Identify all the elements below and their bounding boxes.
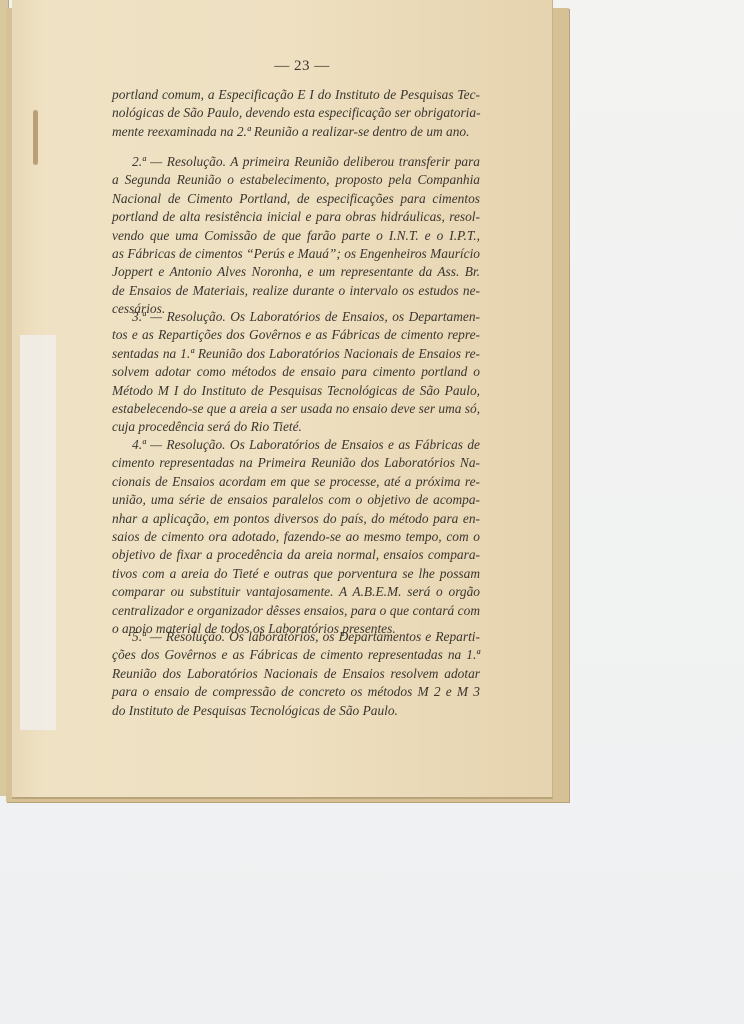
- text-line: comparar ou substituir vantajosamente. A…: [112, 583, 480, 601]
- page-number: — 23 —: [262, 58, 342, 75]
- document-page: — 23 — portland comum, a Especificação E…: [12, 0, 553, 799]
- text-line: 5.ª — Resolução. Os laboratórios, os Dep…: [112, 628, 480, 646]
- text-line: a Segunda Reunião o estabelecimento, pro…: [112, 171, 480, 189]
- text-line: para o ensaio de compressão de concreto …: [112, 683, 480, 701]
- paragraph-resolucao-2: 2.ª — Resolução. A primeira Reunião deli…: [112, 153, 480, 319]
- text-line: 4.ª — Resolução. Os Laboratórios de Ensa…: [112, 436, 480, 454]
- text-line: Nacional de Cimento Portland, de especif…: [112, 190, 480, 208]
- text-line: nhar a aplicação, em pontos diversos do …: [112, 510, 480, 528]
- text-line: tivos com a areia do Tieté e outras que …: [112, 565, 480, 583]
- text-line: tos e as Repartições dos Govêrnos e as F…: [112, 326, 480, 344]
- text-line: solvem adotar como métodos de ensaio par…: [112, 363, 480, 381]
- text-line: do Instituto de Pesquisas Tecnológicas d…: [112, 702, 480, 720]
- text-line: mente reexaminada na 2.ª Reunião a reali…: [112, 123, 480, 141]
- text-line: portland de alta resistência inicial e p…: [112, 208, 480, 226]
- text-line: sentadas na 1.ª Reunião dos Laboratórios…: [112, 345, 480, 363]
- paragraph-resolucao-5: 5.ª — Resolução. Os laboratórios, os Dep…: [112, 628, 480, 720]
- text-line: Reunião dos Laboratórios Nacionais de En…: [112, 665, 480, 683]
- text-line: cuja procedência será do Rio Tieté.: [112, 418, 480, 436]
- text-line: união, uma série de ensaios paralelos co…: [112, 491, 480, 509]
- text-line: portland comum, a Especificação E I do I…: [112, 86, 480, 104]
- text-line: as Fábricas de cimentos “Perús e Mauá”; …: [112, 245, 480, 263]
- text-line: ções dos Govêrnos e as Fábricas de cimen…: [112, 646, 480, 664]
- text-line: centralizador e organizador dêsses ensai…: [112, 602, 480, 620]
- text-line: cionais de Ensaios acordam em que se pro…: [112, 473, 480, 491]
- text-line: Método M I do Instituto de Pesquisas Tec…: [112, 382, 480, 400]
- tape-strip: [20, 335, 56, 730]
- text-line: saios de cimento ora adotado, fazendo-se…: [112, 528, 480, 546]
- text-line: Joppert e Antonio Alves Noronha, e um re…: [112, 263, 480, 281]
- text-line: 3.ª — Resolução. Os Laboratórios de Ensa…: [112, 308, 480, 326]
- text-line: vendo que uma Comissão de que farão part…: [112, 227, 480, 245]
- paragraph-resolucao-4: 4.ª — Resolução. Os Laboratórios de Ensa…: [112, 436, 480, 638]
- paragraph-continuation: portland comum, a Especificação E I do I…: [112, 86, 480, 141]
- text-line: de Ensaios de Materiais, realize durante…: [112, 282, 480, 300]
- text-line: 2.ª — Resolução. A primeira Reunião deli…: [112, 153, 480, 171]
- paper-stain: [33, 110, 38, 165]
- text-line: nológicas de São Paulo, devendo esta esp…: [112, 104, 480, 122]
- text-line: estabelecendo-se que a areia a ser usada…: [112, 400, 480, 418]
- text-line: objetivo de fixar a procedência da areia…: [112, 546, 480, 564]
- paragraph-resolucao-3: 3.ª — Resolução. Os Laboratórios de Ensa…: [112, 308, 480, 437]
- text-line: cimento representadas na Primeira Reuniã…: [112, 454, 480, 472]
